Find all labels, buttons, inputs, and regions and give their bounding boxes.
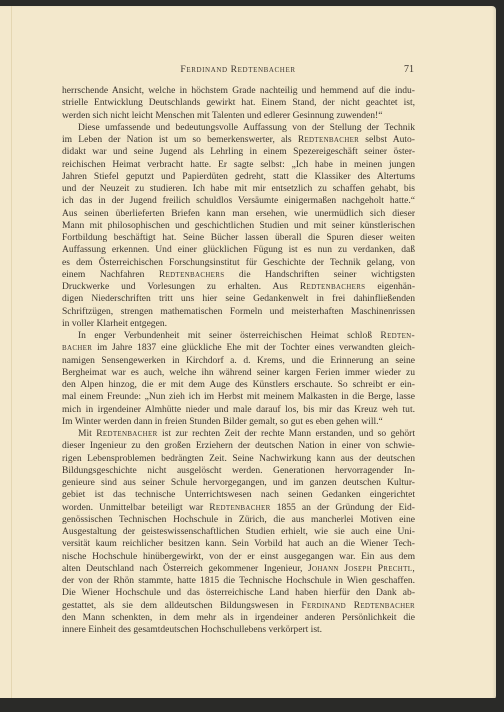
text-line: genössischen Technischen Hochschule in Z… [62,514,415,526]
text-line: digen Niederschriften tritt uns hier sei… [62,293,415,305]
text-line: In enger Verbundenheit mit seiner österr… [62,330,415,342]
text-line: dieser Ingenieur zu den großen Erziehern… [62,440,415,452]
text-line: genieure sind aus seiner Schule hervorge… [62,477,415,489]
running-title: Ferdinand Redtenbacher [62,64,414,75]
text-line: rigen Lebensproblemen bedrängten Zeit. S… [62,453,415,465]
text-line: mich in irgendeiner Almhütte nieder und … [62,404,415,416]
text-line: strielle Entwicklung Deutschlands gewirk… [62,97,415,109]
text-line: einem Nachfahren Redtenbachers die Hands… [62,269,415,281]
text-line: Aus seinen überlieferten Briefen kann ma… [62,208,415,220]
text-line: Ausgestaltung der geisteswissenschaftlic… [62,526,415,538]
text-line: Druckwerke und Vorlesungen zu erhalten. … [62,281,415,293]
paragraph: Mit Redtenbacher ist zur rechten Zeit de… [62,428,415,636]
text-line: den Alpen hinzog, die er mit dem Auge de… [62,379,415,391]
text-line: Diese umfassende und bedeutungsvolle Auf… [62,122,415,134]
scan-background-edge [0,698,504,712]
running-header: Ferdinand Redtenbacher 71 [62,64,414,78]
text-line: den Mann schenkten, in dem mehr als in i… [62,612,415,624]
text-line: didakt war und seine Jugend als Lehrling… [62,146,415,158]
text-line: der von der Rhön stammte, hatte 1815 die… [62,575,415,587]
text-line: Fortbildung beschäftigt hat. Seine Büche… [62,232,415,244]
text-line: nische Hochschule hinübergewirkt, von de… [62,551,415,563]
page-number: 71 [404,64,414,75]
page-gutter-edge [11,6,12,700]
text-line: namigen Sensengewerken in Kirchdorf a. d… [62,355,415,367]
text-line: Mann mit philosophischen und geschichtli… [62,220,415,232]
text-line: mal einem Freunde: „Nun zieh ich im Herb… [62,391,415,403]
text-line: Bildungsgeschichte nicht ausgelöscht wer… [62,465,415,477]
paragraph: herrschende Ansicht, welche in höchstem … [62,85,415,122]
text-line: Jahren Stiefel geputzt und Papierdüten g… [62,171,415,183]
text-line: worden. Unmittelbar beteiligt war Redten… [62,502,415,514]
text-line: Schriftzügen, strengen mathematischen Fo… [62,306,415,318]
text-line: versität kaum reichlicher besitzen kann.… [62,538,415,550]
text-line: werden sich nicht leicht Menschen mit Ta… [62,110,415,122]
text-line: Auffassung erkennen. Und einer glücklich… [62,244,415,256]
text-line: Mit Redtenbacher ist zur rechten Zeit de… [62,428,415,440]
text-line: Im Winter werden dann in freien Stunden … [62,416,415,428]
paragraph: In enger Verbundenheit mit seiner österr… [62,330,415,428]
text-line: gebiet ist das technische Unterrichtswes… [62,489,415,501]
text-line: herrschende Ansicht, welche in höchstem … [62,85,415,97]
text-line: gestattet, als sie dem alldeutschen Bild… [62,600,415,612]
text-line: ich das in der Jugend freilich schuldlos… [62,195,415,207]
text-line: in voller Klarheit entgegen. [62,318,415,330]
paragraph: Diese umfassende und bedeutungsvolle Auf… [62,122,415,330]
book-page: Ferdinand Redtenbacher 71 herrschende An… [0,6,496,700]
body-text: herrschende Ansicht, welche in höchstem … [62,85,415,636]
text-line: es dem Österreichischen Forschungsinstit… [62,257,415,269]
text-line: Bergheimat war es auch, welche ihn währe… [62,367,415,379]
text-line: reichischen Heimat verbracht hatte. Er s… [62,159,415,171]
text-line: im Leben der Nation ist um so bemerkensw… [62,134,415,146]
text-line: bacher im Jahre 1837 eine glückliche Ehe… [62,342,415,354]
text-line: alten Deutschland nach Österreich gekomm… [62,563,415,575]
text-line: und der Neuzeit zu studieren. Ich habe m… [62,183,415,195]
text-line: innere Einheit des gesamtdeutschen Hochs… [62,624,415,636]
text-line: Die Wiener Hochschule und das österreich… [62,587,415,599]
